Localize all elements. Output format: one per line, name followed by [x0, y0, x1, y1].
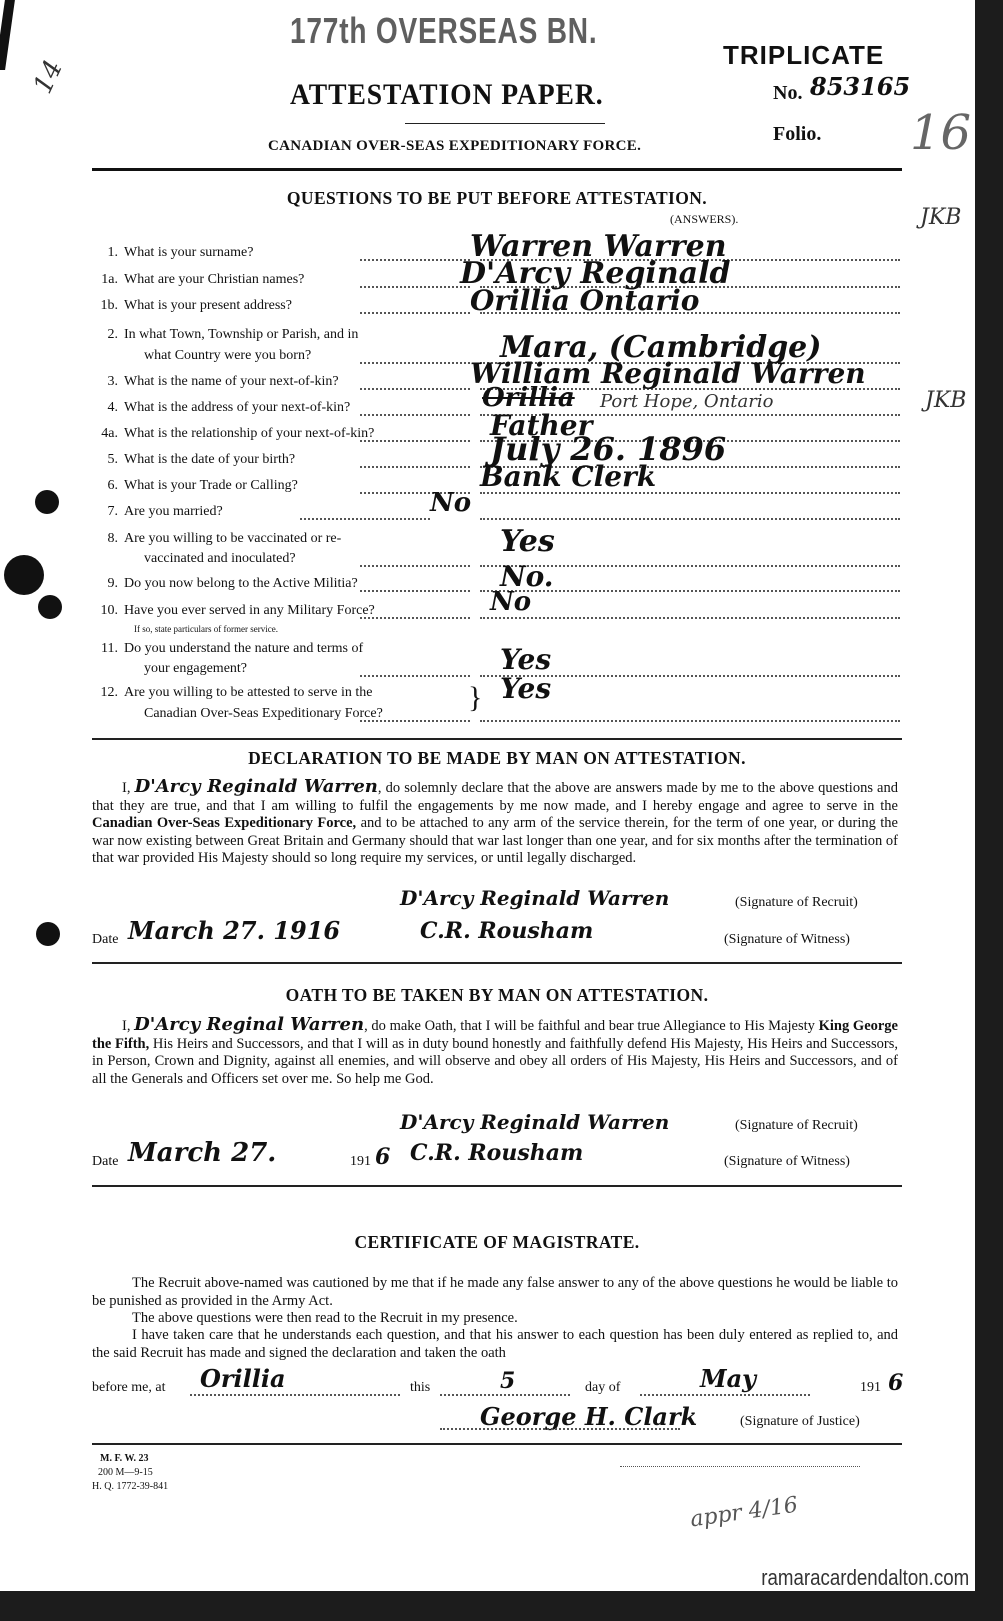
- question-text: Have you ever served in any Military For…: [124, 601, 375, 621]
- dotted-leader: [360, 590, 470, 592]
- punch-hole: [35, 490, 59, 514]
- question-text: Are you willing to be attested to serve …: [124, 683, 372, 703]
- answer-value: Yes: [500, 672, 551, 705]
- attestation-month: May: [700, 1364, 756, 1393]
- dotted-leader: [360, 259, 470, 261]
- punch-hole: [36, 922, 60, 946]
- day-of-label: day of: [585, 1378, 620, 1398]
- dotted-leader: [360, 675, 470, 677]
- question-text: What is the date of your birth?: [124, 450, 295, 470]
- magistrate-care: I have taken care that he understands ea…: [92, 1327, 898, 1362]
- dotted-leader: [360, 362, 470, 364]
- folio-value: 16: [910, 105, 971, 161]
- question-text: What are your Christian names?: [124, 270, 304, 290]
- declarant-name: D'Arcy Reginald Warren: [135, 776, 378, 797]
- dotted-line: [190, 1394, 400, 1396]
- question-text: What is your present address?: [124, 296, 292, 316]
- answer-line: [480, 518, 900, 520]
- answer-line: [480, 720, 900, 722]
- question-text: What is the name of your next-of-kin?: [124, 372, 339, 392]
- declaration-heading: DECLARATION TO BE MADE BY MAN ON ATTESTA…: [92, 748, 902, 769]
- question-text: Do you understand the nature and terms o…: [124, 639, 363, 659]
- dotted-line: [440, 1394, 570, 1396]
- question-text: Are you willing to be vaccinated or re-: [124, 529, 341, 549]
- question-text: Do you now belong to the Active Militia?: [124, 574, 358, 594]
- answer-value: Bank Clerk: [480, 460, 656, 493]
- folio-label: Folio.: [773, 123, 821, 146]
- answer-value: Orillia Ontario: [470, 284, 699, 317]
- question-number: 1.: [92, 243, 118, 263]
- question-text-cont: your engagement?: [144, 659, 247, 679]
- this-label: this: [410, 1378, 430, 1398]
- question-number: 1b.: [92, 296, 118, 316]
- dotted-leader: [360, 617, 470, 619]
- date-label: Date: [92, 930, 118, 950]
- question-number: 2.: [92, 325, 118, 345]
- question-number: 6.: [92, 476, 118, 496]
- attestation-year-printed: 191: [860, 1378, 881, 1398]
- question-text-cont: Canadian Over-Seas Expeditionary Force?: [144, 704, 383, 724]
- question-number: 4a.: [92, 424, 118, 444]
- section-divider: [92, 738, 902, 740]
- dotted-leader: [360, 286, 470, 288]
- question-number: 4.: [92, 398, 118, 418]
- dotted-line: [640, 1394, 810, 1396]
- declaration-date: March 27. 1916: [128, 916, 340, 945]
- oath-witness-signature: C.R. Rousham: [410, 1140, 583, 1166]
- magistrate-read: The above questions were then read to th…: [92, 1310, 898, 1328]
- oath-heading: OATH TO BE TAKEN BY MAN ON ATTESTATION.: [92, 985, 902, 1006]
- oath-name: D'Arcy Reginal Warren: [134, 1014, 364, 1035]
- questions-heading: QUESTIONS TO BE PUT BEFORE ATTESTATION.: [92, 188, 902, 209]
- scan-border-right: [975, 0, 1003, 1621]
- answer-value: No: [490, 587, 531, 617]
- oath-recruit-signature: D'Arcy Reginald Warren: [400, 1110, 669, 1134]
- oath-year-written: 6: [375, 1144, 390, 1170]
- attestation-year-written: 6: [888, 1370, 903, 1396]
- punch-hole: [4, 555, 44, 595]
- dotted-line: [620, 1466, 860, 1467]
- question-number: 10.: [92, 601, 118, 621]
- punch-hole: [38, 595, 62, 619]
- battalion-stamp: 177th OVERSEAS BN.: [290, 10, 597, 52]
- question-text: What is your Trade or Calling?: [124, 476, 298, 496]
- margin-note: 14: [28, 56, 69, 99]
- attestation-day: 5: [500, 1368, 515, 1394]
- regimental-number-label: No.: [773, 82, 802, 105]
- justice-signature-label: (Signature of Justice): [740, 1412, 860, 1432]
- brace: }: [468, 683, 482, 713]
- attestation-place: Orillia: [200, 1364, 286, 1393]
- question-number: 8.: [92, 529, 118, 549]
- question-text: What is your surname?: [124, 243, 253, 263]
- answer-value: No: [430, 488, 471, 518]
- question-text-cont: vaccinated and inoculated?: [144, 549, 296, 569]
- before-me-label: before me, at: [92, 1378, 165, 1398]
- document-subtitle: CANADIAN OVER-SEAS EXPEDITIONARY FORCE.: [268, 138, 641, 155]
- oath-date: March 27.: [128, 1138, 276, 1168]
- recruit-signature-label: (Signature of Recruit): [735, 893, 858, 913]
- question-note: If so, state particulars of former servi…: [134, 619, 278, 639]
- date-label: Date: [92, 1152, 118, 1172]
- question-text: What is the address of your next-of-kin?: [124, 398, 350, 418]
- witness-signature-label: (Signature of Witness): [724, 1152, 850, 1172]
- section-divider: [92, 1443, 902, 1445]
- question-text: What is the relationship of your next-of…: [124, 424, 374, 444]
- header-divider: [92, 168, 902, 171]
- dotted-leader: [360, 414, 470, 416]
- declaration-witness-signature: C.R. Rousham: [420, 918, 593, 944]
- copy-label: TRIPLICATE: [723, 40, 884, 71]
- question-text: In what Town, Township or Parish, and in: [124, 325, 358, 345]
- magistrate-heading: CERTIFICATE OF MAGISTRATE.: [92, 1232, 902, 1253]
- dotted-leader: [360, 388, 470, 390]
- initials-mark: JKB: [925, 388, 966, 413]
- recruit-signature-label: (Signature of Recruit): [735, 1116, 858, 1136]
- document-title: ATTESTATION PAPER.: [290, 78, 604, 112]
- section-divider: [92, 962, 902, 964]
- watermark: ramaracardendalton.com: [758, 1565, 973, 1591]
- witness-signature-label: (Signature of Witness): [724, 930, 850, 950]
- answer-value: Yes: [500, 524, 555, 559]
- section-divider: [92, 1185, 902, 1187]
- dotted-leader: [300, 518, 430, 520]
- answer-value: Port Hope, Ontario: [600, 391, 773, 412]
- question-number: 11.: [92, 639, 118, 659]
- approval-note: appr 4/16: [689, 1493, 800, 1533]
- dotted-leader: [360, 720, 470, 722]
- magistrate-caution: The Recruit above-named was cautioned by…: [92, 1275, 898, 1310]
- justice-signature: George H. Clark: [480, 1402, 697, 1431]
- dotted-leader: [360, 312, 470, 314]
- question-number: 9.: [92, 574, 118, 594]
- dotted-leader: [360, 440, 470, 442]
- title-rule: [405, 123, 605, 124]
- declaration-recruit-signature: D'Arcy Reginald Warren: [400, 886, 669, 910]
- question-number: 12.: [92, 683, 118, 703]
- answers-label: (ANSWERS).: [670, 212, 738, 227]
- question-text-cont: what Country were you born?: [144, 346, 311, 366]
- answer-line: [480, 617, 900, 619]
- oath-year-printed: 191: [350, 1152, 371, 1172]
- dotted-line: [440, 1428, 680, 1430]
- scan-border-bottom: [0, 1591, 1003, 1621]
- declaration-text: I, D'Arcy Reginald Warren, do solemnly d…: [92, 778, 898, 868]
- scan-border-left: [0, 0, 15, 70]
- oath-text: I, D'Arcy Reginal Warren, do make Oath, …: [92, 1016, 898, 1088]
- regimental-number-value: 853165: [810, 72, 910, 101]
- question-number: 1a.: [92, 270, 118, 290]
- initials-mark: JKB: [920, 205, 961, 230]
- dotted-leader: [360, 466, 470, 468]
- question-number: 7.: [92, 502, 118, 522]
- question-number: 5.: [92, 450, 118, 470]
- question-text: Are you married?: [124, 502, 223, 522]
- form-code: M. F. W. 23 200 M—9-15 H. Q. 1772-39-841: [92, 1452, 168, 1494]
- question-number: 3.: [92, 372, 118, 392]
- dotted-leader: [360, 565, 470, 567]
